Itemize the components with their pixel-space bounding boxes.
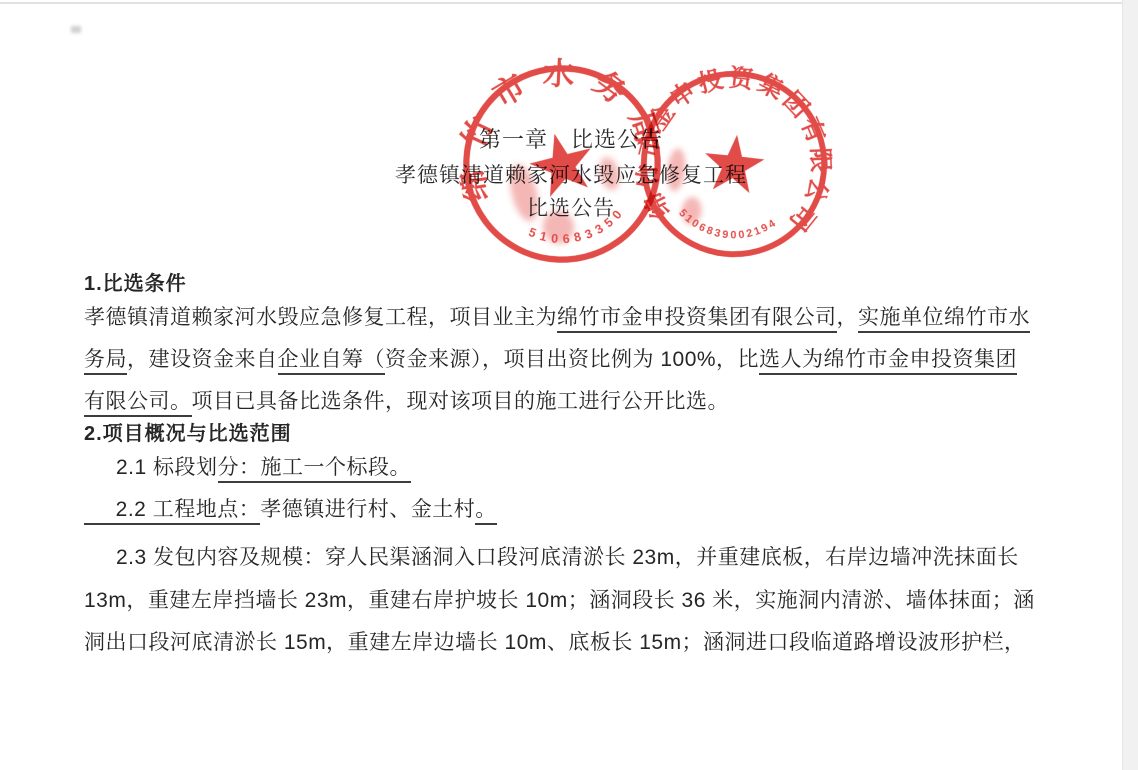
scan-top-edge-line (0, 2, 1138, 4)
text-segment: ，建设资金来自 (127, 348, 278, 371)
seal-ink-smudge (505, 161, 543, 224)
text-line: 13m，重建左岸挡墙长 23m，重建右岸护坡长 10m；涵洞段长 36 米，实施… (84, 586, 1035, 616)
text-segment: 洞出口段河底清淤长 15m，重建左岸边墙长 10m、底板长 15m；涵洞进口段临… (84, 631, 1026, 654)
underlined-text: 2.2 工程地点： (84, 498, 260, 525)
official-seal-investment-group: 绵竹市金申投资集团有限公司 5106839002194 (626, 56, 841, 271)
text-segment: 孝德镇清道赖家河水毁应急修复工程，项目业主为 (84, 306, 557, 329)
text-line: 洞出口段河底清淤长 15m，重建左岸边墙长 10m、底板长 15m；涵洞进口段临… (84, 628, 1026, 658)
underlined-text: 务局 (84, 348, 127, 375)
text-line: 2.2 工程地点：孝德镇进行村、金土村。 (84, 495, 497, 525)
underlined-text: 有限公司。 (84, 390, 192, 417)
text-segment: 2.项目概况与比选范围 (84, 423, 292, 445)
text-line: 2.1 标段划分：施工一个标段。 (84, 453, 411, 483)
text-segment: 孝德镇进行村、金土村 (260, 498, 475, 521)
text-line: 务局，建设资金来自企业自筹（资金来源），项目出资比例为 100%，比选人为绵竹市… (84, 345, 1017, 375)
text-segment: 1.比选条件 (84, 273, 187, 295)
seal-ink-smudge (596, 155, 622, 192)
underlined-text: 实施单位绵竹市水 (858, 306, 1030, 333)
text-segment: 13m，重建左岸挡墙长 23m，重建右岸护坡长 10m；涵洞段长 36 米，实施… (84, 589, 1035, 612)
section-heading: 2.项目概况与比选范围 (84, 419, 292, 449)
seal-ink-smudge (665, 147, 687, 192)
underlined-text: 分：施工一个标段。 (218, 456, 412, 483)
text-segment: 2.3 发包内容及规模：穿人民渠涵洞入口段河底清淤长 23m，并重建底板，右岸边… (116, 546, 1019, 569)
seal-star-icon (702, 132, 767, 195)
seal-number: 510683350 (524, 202, 633, 257)
page-edge-shadow (1122, 0, 1138, 770)
text-line: 孝德镇清道赖家河水毁应急修复工程，项目业主为绵竹市金申投资集团有限公司，实施单位… (84, 303, 1030, 333)
section-heading: 1.比选条件 (84, 269, 187, 299)
text-line: 2.3 发包内容及规模：穿人民渠涵洞入口段河底清淤长 23m，并重建底板，右岸边… (84, 543, 1019, 573)
text-segment: 项目已具备比选条件，现对该项目的施工进行公开比选。 (192, 390, 730, 413)
text-line: 有限公司。项目已具备比选条件，现对该项目的施工进行公开比选。 (84, 387, 729, 417)
text-segment: 资金来源），项目出资比例为 100%，比 (385, 348, 759, 371)
scan-smudge (71, 26, 81, 33)
underlined-text: 选人为绵竹市金申投资集团 (759, 348, 1017, 375)
text-segment: ， (837, 306, 859, 329)
underlined-text: 企业自筹（ (278, 348, 386, 375)
underlined-text: 绵竹市金申投资集团有限公司 (557, 306, 837, 333)
underlined-text: 。 (475, 498, 497, 525)
text-segment: 2.1 标段划 (116, 456, 218, 479)
